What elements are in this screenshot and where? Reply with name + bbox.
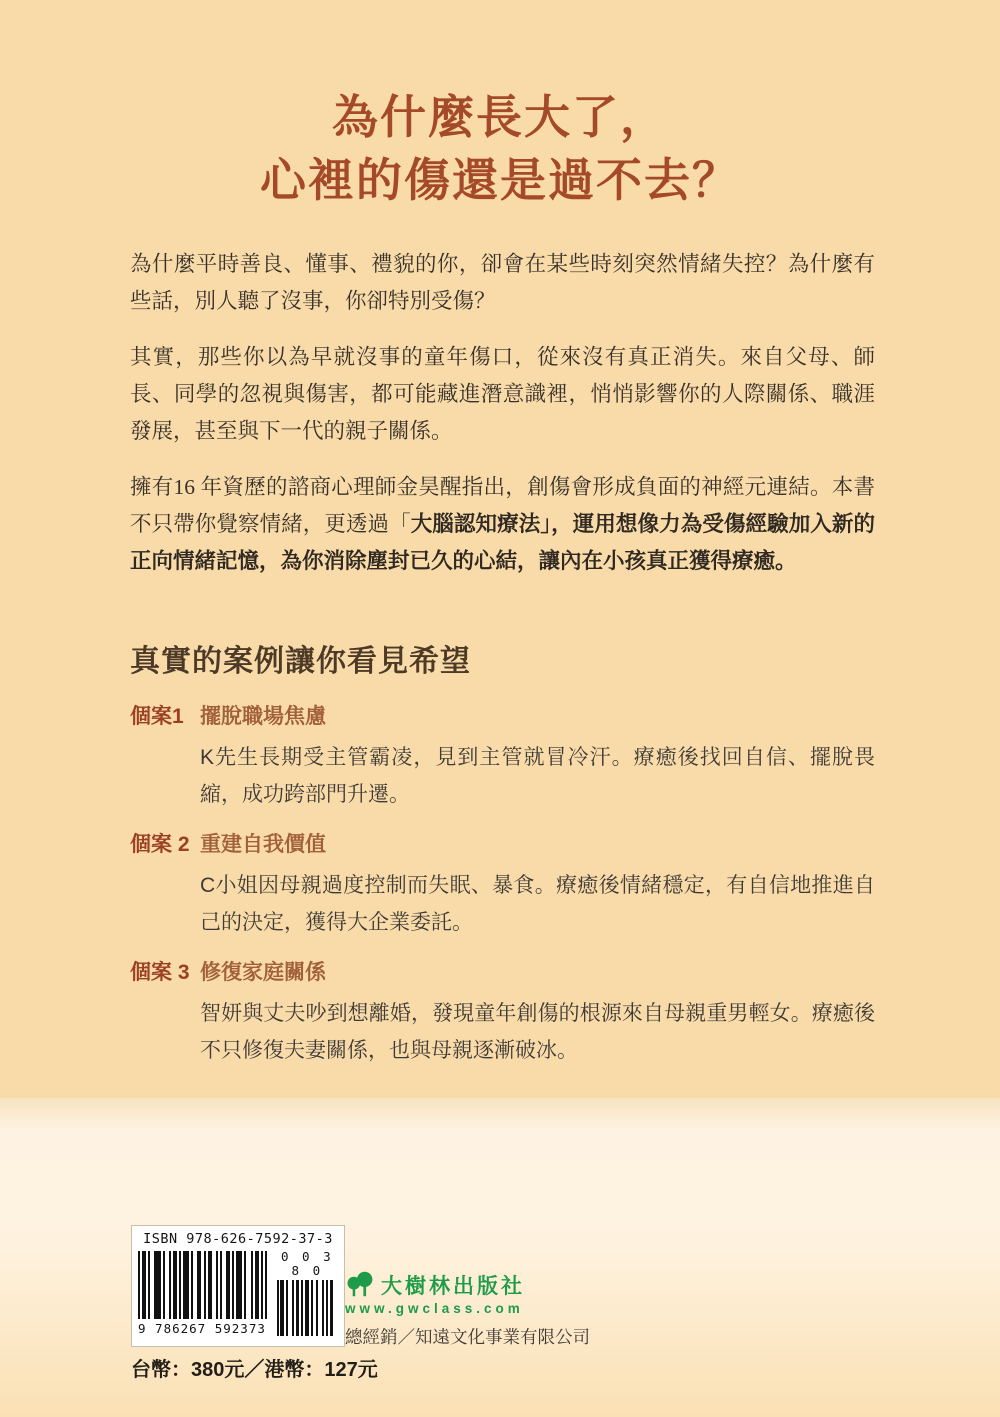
distributor-line: 總經銷／知遠文化事業有限公司 (345, 1324, 590, 1349)
barcode-bars-row: 9 786267 592373 0 0 3 8 0 (138, 1250, 338, 1336)
book-back-cover: 為什麼長大了， 心裡的傷還是過不去？ 為什麼平時善良、懂事、禮貌的你，卻會在某些… (0, 0, 1000, 1417)
title-line-1: 為什麼長大了， (332, 92, 668, 143)
case-2-title: 重建自我價值 (200, 830, 326, 860)
trees-logo-icon (345, 1270, 375, 1300)
imprint-section: ISBN 978-626-7592-37-3 9 786267 592373 0… (0, 1098, 1000, 1417)
case-2-head: 個案 2 重建自我價值 (130, 830, 875, 860)
case-3-body: 智妍與丈夫吵到想離婚，發現童年創傷的根源來自母親重男輕女。療癒後不只修復夫妻關係… (200, 995, 875, 1069)
case-1-label: 個案1 (130, 702, 200, 732)
price-line: 台幣：380元／港幣：127元 (131, 1353, 378, 1382)
case-2: 個案 2 重建自我價值 C小姐因母親過度控制而失眠、暴食。療癒後情緒穩定，有自信… (130, 830, 875, 941)
publisher-name: 大樹林出版社 (381, 1270, 525, 1300)
isbn-label: ISBN 978-626-7592-37-3 (138, 1231, 338, 1247)
barcode-main: 9 786267 592373 (138, 1251, 269, 1336)
barcode-addon-code: 0 0 3 8 0 (277, 1250, 338, 1278)
case-1-title: 擺脫職場焦慮 (200, 702, 326, 732)
publisher-block: 大樹林出版社 www.gwclass.com 總經銷／知遠文化事業有限公司 (345, 1270, 590, 1349)
page-title: 為什麼長大了， 心裡的傷還是過不去？ (60, 86, 940, 212)
case-3-title: 修復家庭關係 (200, 958, 326, 988)
intro-paragraph-3: 擁有16 年資歷的諮商心理師金昊醒指出，創傷會形成負面的神經元連結。本書不只帶你… (130, 469, 875, 580)
intro-paragraph-2: 其實，那些你以為早就沒事的童年傷口，從來沒有真正消失。來自父母、師長、同學的忽視… (130, 339, 875, 450)
barcode-addon: 0 0 3 8 0 (277, 1250, 338, 1336)
barcode-block: ISBN 978-626-7592-37-3 9 786267 592373 0… (131, 1225, 345, 1347)
publisher-website: www.gwclass.com (345, 1301, 590, 1316)
main-copy-section: 為什麼長大了， 心裡的傷還是過不去？ 為什麼平時善良、懂事、禮貌的你，卻會在某些… (0, 0, 1000, 1098)
case-2-label: 個案 2 (130, 830, 200, 860)
title-line-2: 心裡的傷還是過不去？ (260, 155, 740, 206)
publisher-row: 大樹林出版社 (345, 1270, 590, 1300)
isbn-digits: 9 786267 592373 (138, 1321, 269, 1336)
barcode-main-bars (138, 1251, 269, 1319)
case-3-head: 個案 3 修復家庭關係 (130, 958, 875, 988)
case-3-label: 個案 3 (130, 958, 200, 988)
case-1: 個案1 擺脫職場焦慮 K先生長期受主管霸凌，見到主管就冒冷汗。療癒後找回自信、擺… (130, 702, 875, 813)
case-1-head: 個案1 擺脫職場焦慮 (130, 702, 875, 732)
intro-paragraph-1: 為什麼平時善良、懂事、禮貌的你，卻會在某些時刻突然情緒失控？為什麼有些話，別人聽… (130, 246, 875, 320)
case-3: 個案 3 修復家庭關係 智妍與丈夫吵到想離婚，發現童年創傷的根源來自母親重男輕女… (130, 958, 875, 1069)
barcode-addon-bars (277, 1280, 338, 1336)
case-1-body: K先生長期受主管霸凌，見到主管就冒冷汗。療癒後找回自信、擺脫畏縮，成功跨部門升遷… (200, 739, 875, 813)
intro-copy: 為什麼平時善良、懂事、禮貌的你，卻會在某些時刻突然情緒失控？為什麼有些話，別人聽… (130, 246, 875, 1069)
cases-heading: 真實的案例讓你看見希望 (130, 636, 875, 680)
case-2-body: C小姐因母親過度控制而失眠、暴食。療癒後情緒穩定，有自信地推進自己的決定，獲得大… (200, 867, 875, 941)
